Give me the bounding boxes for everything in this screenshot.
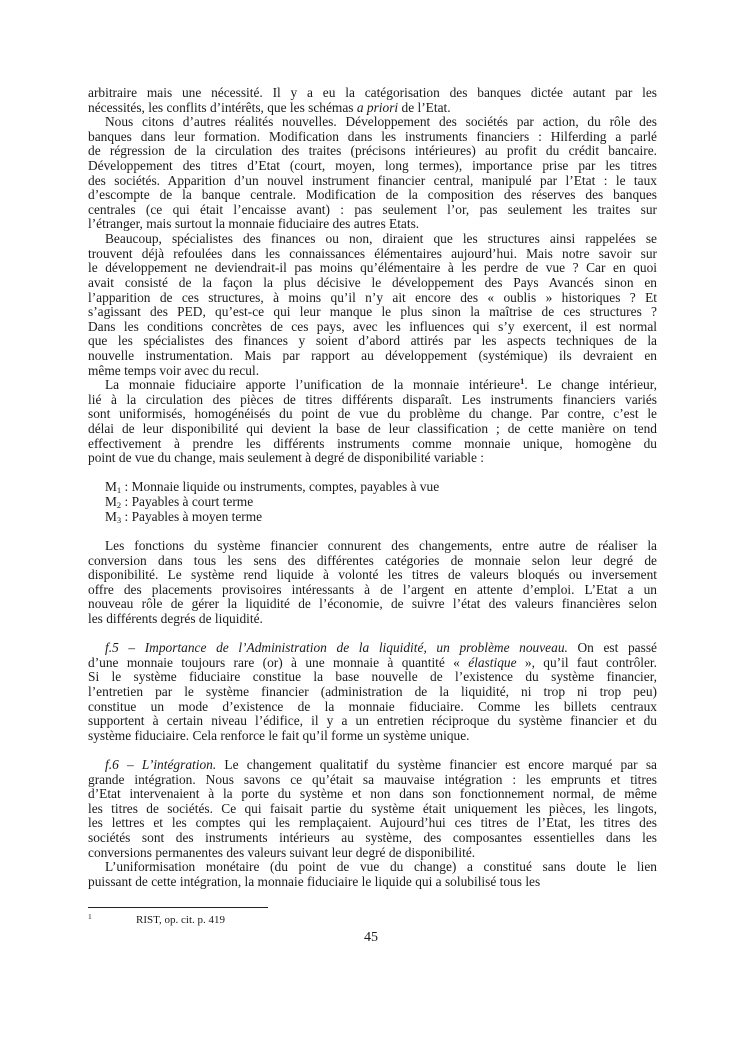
- text-line: banques dans leur formation. Modificatio…: [88, 130, 657, 145]
- paragraph-structures: Beaucoup, spécialistes des finances ou n…: [88, 232, 657, 378]
- text-line: l’étranger, mais surtout la monnaie fidu…: [88, 217, 657, 232]
- paragraph-monetary-uniformisation: L’uniformisation monétaire (du point de …: [88, 860, 657, 889]
- text-line: délai de leur disponibilité qui devient …: [88, 422, 657, 437]
- text-span: On est passé: [568, 640, 657, 655]
- aggregate-description: : Payables à court terme: [121, 494, 253, 509]
- text-span: Le changement qualitatif du système fina…: [216, 757, 657, 772]
- text-line: de régression de la circulation des trai…: [88, 144, 657, 159]
- text-line: s’agissant des PED, qu’est-ce qui leur m…: [88, 305, 657, 320]
- paragraph-financial-system-functions: Les fonctions du système financier connu…: [88, 539, 657, 627]
- italic-term: élastique: [468, 655, 516, 670]
- section-heading: f.5 – Importance de l’Administration de …: [105, 640, 568, 655]
- paragraph-fiduciary-money: La monnaie fiduciaire apporte l’unificat…: [88, 378, 657, 466]
- spacer: [88, 627, 657, 642]
- text-line: arbitraire mais une nécessité. Il y a eu…: [88, 86, 657, 101]
- section-heading: f.6 – L’intégration.: [105, 757, 216, 772]
- list-item: M1 : Monnaie liquide ou instruments, com…: [88, 480, 657, 495]
- paragraph-continuation: arbitraire mais une nécessité. Il y a eu…: [88, 86, 657, 115]
- text-line: nouvelle instrumentation. Mais par rappo…: [88, 349, 657, 364]
- page-number: 45: [364, 930, 378, 946]
- money-aggregates-list: M1 : Monnaie liquide ou instruments, com…: [88, 480, 657, 524]
- text-line: conversions permanentes des valeurs suiv…: [88, 846, 657, 861]
- text-line: grande intégration. Nous savons ce qu’ét…: [88, 773, 657, 788]
- text-line: des sociétés. Apparition d’un nouvel ins…: [88, 174, 657, 189]
- text-line: sociétés sont des instruments intérieurs…: [88, 831, 657, 846]
- aggregate-description: : Monnaie liquide ou instruments, compte…: [121, 479, 439, 494]
- text-line: nécessités, les conflits d’intérêts, que…: [88, 101, 657, 116]
- text-line: Beaucoup, spécialistes des finances ou n…: [88, 232, 657, 247]
- text-line: l’apparition de ces structures, à moins …: [88, 291, 657, 306]
- aggregate-symbol: M: [105, 509, 117, 524]
- text-line: Dans les conditions concrètes de ces pay…: [88, 320, 657, 335]
- list-item: M3 : Payables à moyen terme: [88, 510, 657, 525]
- text-line: d’Etat intervenaient à la porte du systè…: [88, 787, 657, 802]
- text-line: système fiduciaire. Cela renforce le fai…: [88, 729, 657, 744]
- text-line: nouveau rôle de gérer la liquidité de l’…: [88, 597, 657, 612]
- text-line: Nous citons d’autres réalités nouvelles.…: [88, 115, 657, 130]
- text-line: sont uniformisés, homogénéisés du point …: [88, 407, 657, 422]
- spacer: [88, 466, 657, 481]
- text-line: Si le système fiduciaire constitue la ba…: [88, 670, 657, 685]
- text-line: les titres de sociétés. Ce qui faisait p…: [88, 802, 657, 817]
- italic-term: a priori: [357, 100, 398, 115]
- text-span: La monnaie fiduciaire apporte l’unificat…: [105, 377, 520, 392]
- text-span: d’une monnaie toujours rare (or) à une m…: [88, 655, 468, 670]
- text-line: offre des placements provisoires intéres…: [88, 583, 657, 598]
- footnote-number: 1: [88, 912, 92, 921]
- aggregate-description: : Payables à moyen terme: [121, 509, 262, 524]
- footnote-separator: [88, 907, 268, 908]
- text-line: l’entretien par le système financier (ad…: [88, 685, 657, 700]
- text-line: point de vue du change, mais seulement à…: [88, 451, 657, 466]
- text-line: les lettres et les comptes qui les rempl…: [88, 816, 657, 831]
- aggregate-symbol: M: [105, 494, 117, 509]
- text-line: avait consisté de la façon la plus décis…: [88, 276, 657, 291]
- text-line: supportent à certain niveau l’édifice, i…: [88, 714, 657, 729]
- section-f6-integration: f.6 – L’intégration. Le changement quali…: [88, 758, 657, 860]
- text-line: puissant de cette intégration, la monnai…: [88, 875, 657, 890]
- text-line: lié à la circulation des pièces de titre…: [88, 393, 657, 408]
- aggregate-symbol: M: [105, 479, 117, 494]
- text-span: de l’Etat.: [398, 100, 450, 115]
- text-line: effectivement à prendre les différents i…: [88, 437, 657, 452]
- text-line: Développement des titres d’Etat (court, …: [88, 159, 657, 174]
- text-line: f.6 – L’intégration. Le changement quali…: [88, 758, 657, 773]
- text-line: centrales (ce qui était l’encaisse avant…: [88, 203, 657, 218]
- text-line: même temps voir avec du recul.: [88, 364, 657, 379]
- text-line: trouvent déjà refoulées dans les connais…: [88, 247, 657, 262]
- text-line: f.5 – Importance de l’Administration de …: [88, 641, 657, 656]
- text-line: L’uniformisation monétaire (du point de …: [88, 860, 657, 875]
- spacer: [88, 524, 657, 539]
- text-span: . Le change intérieur,: [524, 377, 657, 392]
- text-line: disponibilité. Le système rend liquide à…: [88, 568, 657, 583]
- paragraph-new-realities: Nous citons d’autres réalités nouvelles.…: [88, 115, 657, 232]
- text-line: les différents degrés de liquidité.: [88, 612, 657, 627]
- footnote-text: RIST, op. cit. p. 419: [136, 914, 225, 926]
- document-page: arbitraire mais une nécessité. Il y a eu…: [88, 86, 657, 890]
- text-line: que les spécialistes des finances y soie…: [88, 334, 657, 349]
- text-line: constitue un mode d’existence de la monn…: [88, 700, 657, 715]
- text-line: d’escompte de la banque centrale. Modifi…: [88, 188, 657, 203]
- text-line: le développement ne deviendrait-il pas m…: [88, 261, 657, 276]
- text-line: Les fonctions du système financier connu…: [88, 539, 657, 554]
- spacer: [88, 743, 657, 758]
- text-span: nécessités, les conflits d’intérêts, que…: [88, 100, 357, 115]
- text-span: », qu’il faut contrôler.: [517, 655, 657, 670]
- section-f5-liquidity-administration: f.5 – Importance de l’Administration de …: [88, 641, 657, 743]
- text-line: conversion dans tous les sens des différ…: [88, 554, 657, 569]
- text-line: La monnaie fiduciaire apporte l’unificat…: [88, 378, 657, 393]
- text-line: d’une monnaie toujours rare (or) à une m…: [88, 656, 657, 671]
- list-item: M2 : Payables à court terme: [88, 495, 657, 510]
